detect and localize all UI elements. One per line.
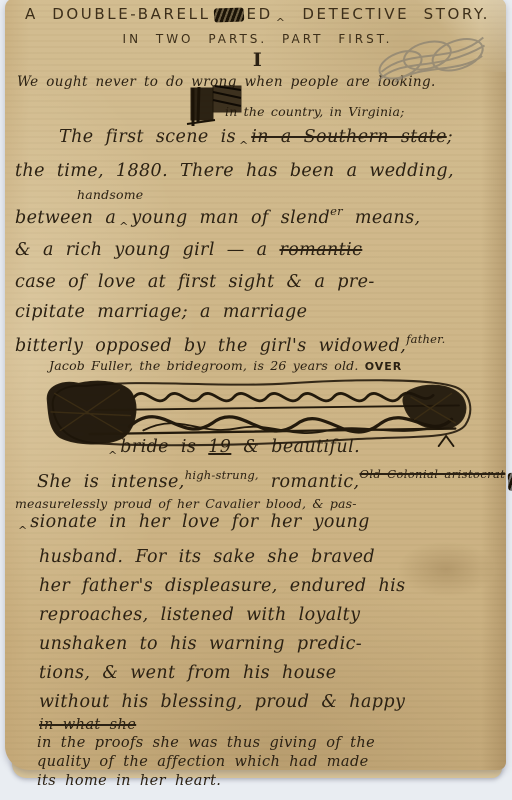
text-run: tions, & went from his house [39,663,336,683]
scratched-out-passage [25,375,497,447]
text-run: sionate in her love for her young [30,512,370,532]
inserted-text: er [330,204,343,218]
body-line: & a rich young girl — a romantic [15,238,502,263]
text-run: Jacob Fuller, the bridegroom, is 26 year… [49,358,365,373]
inserted-text: father. [406,332,445,346]
text-run: OVER [365,360,403,373]
deleted-line: in what she [39,717,502,734]
body-line: tions, & went from his house [39,661,502,686]
text-run: bitterly opposed by the girl's widowed, [15,336,406,356]
caret-mark: ^ [119,214,128,239]
text-run: ; [447,127,453,147]
body-line: the time, 1880. There has been a wedding… [15,159,502,184]
strikethrough-text: in a Southern state [251,127,447,147]
body-line: her father's displeasure, endured his [39,574,502,599]
text-run: She is intense, [37,472,185,492]
text-run: IN TWO PARTS. PART FIRST. [123,32,393,46]
text-run: in the proofs she was thus giving of the [37,735,375,751]
body-line: cipitate marriage; a marriage [15,300,502,325]
caret-mark: ^ [276,12,285,33]
strikethrough-text: in what she [39,717,136,733]
body-line: quality of the affection which had made [37,754,502,771]
insertion-line: Jacob Fuller, the bridegroom, is 26 year… [49,358,502,375]
text-run: & a rich young girl — a [15,240,279,260]
text-run: in the country, in Virginia; [225,104,405,119]
body-line: reproaches, listened with loyalty [39,603,502,628]
text-run: its home in her heart. [37,773,221,789]
title-line-1: A DOUBLE-BARELLED^ DETECTIVE STORY. [25,4,502,26]
body-line: ^sionate in her love for her young [15,510,502,536]
text-run: The first scene is [59,127,236,147]
text-run: husband. For its sake she braved [39,547,375,567]
ink-blot [185,84,247,130]
body-line: husband. For its sake she braved [39,545,502,570]
body-line: its home in her heart. [37,773,502,790]
text-run: without his blessing, proud & happy [39,692,405,712]
ink-blot [213,7,243,22]
ink-blot [508,471,512,491]
strikethrough-text: Old Colonial aristocrat [360,467,506,481]
text-run: measurelessly proud of her Cavalier bloo… [15,496,357,511]
body-line: between a^young man of slender means, [15,199,502,232]
text-run: reproaches, listened with loyalty [39,605,360,625]
text-run: her father's displeasure, endured his [39,576,406,596]
text-run: between a [15,208,116,228]
caret-mark: ^ [18,518,27,543]
text-run: young man of slend [131,208,330,228]
inked-out-passage [25,375,502,447]
body-line: in the proofs she was thus giving of the [37,735,502,752]
text-run: unshaken to his warning predic- [39,634,362,654]
body-line: She is intense,high-strung, romantic,Old… [37,462,502,495]
text-run: I [253,49,262,71]
body-line: without his blessing, proud & happy [39,690,502,715]
inserted-text: high-strung, [185,468,259,482]
scanned-manuscript: A DOUBLE-BARELLED^ DETECTIVE STORY.IN TW… [0,0,512,800]
text-run: quality of the affection which had made [37,754,369,770]
manuscript-page: A DOUBLE-BARELLED^ DETECTIVE STORY.IN TW… [5,0,506,770]
insertion-line: in the country, in Virginia; [225,104,502,120]
body-line: case of love at first sight & a pre- [15,270,502,295]
text-run: romantic, [259,472,360,492]
text-run: A DOUBLE-BARELL [25,5,211,23]
caret-mark: ^ [239,133,248,158]
caret-mark: ^ [108,443,117,468]
text-run: case of love at first sight & a pre- [15,272,375,292]
manuscript-text: A DOUBLE-BARELLED^ DETECTIVE STORY.IN TW… [13,0,502,790]
text-run: DETECTIVE STORY. [288,5,490,23]
text-run: cipitate marriage; a marriage [15,302,307,322]
strikethrough-text: romantic [279,240,362,260]
text-run: the time, 1880. There has been a wedding… [15,161,454,181]
text-run: ED [247,5,273,23]
body-line: unshaken to his warning predic- [39,632,502,657]
text-run: means, [343,208,421,228]
body-line: bitterly opposed by the girl's widowed,f… [15,327,502,359]
body-line: The first scene is^in a Southern state; [59,125,502,151]
